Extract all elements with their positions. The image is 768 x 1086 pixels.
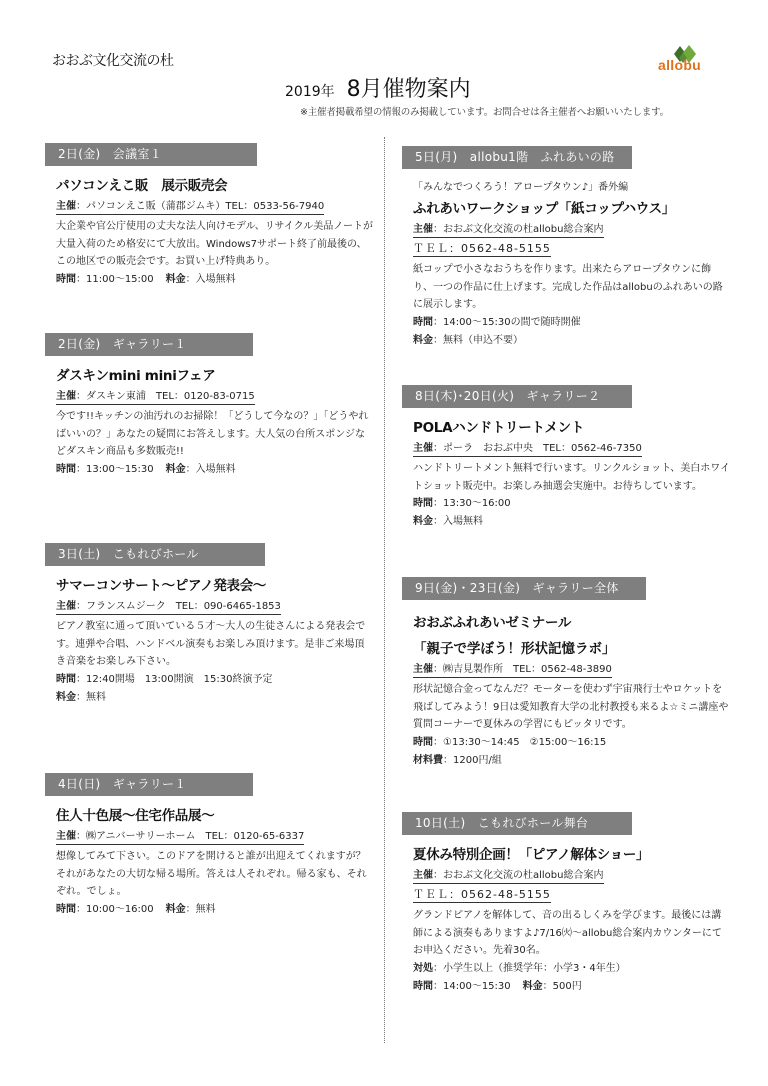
event-description: 紙コップで小さなおうちを作ります。出来たらアロープタウンに飾り、一つの作品に仕上… [413,261,731,314]
event-card: 5日(月) allobu1階 ふれあいの路 「みんなでつくろう！アロープタウン♪… [402,146,732,350]
event-card: 4日(日) ギャラリー１ 住人十色展～住宅作品展～ 主催：㈱アニバーサリーホーム… [45,773,375,919]
column-divider [384,137,385,1043]
event-subtitle: 「みんなでつくろう！アロープタウン♪」番外編 [413,178,732,193]
event-time: 時間：①13:30～14:45 ②15:00～16:15 [413,734,732,752]
event-time: 時間：12:40開場 13:00開演 15:30終演予定 [56,671,375,689]
title-year: 2019年 [285,84,335,100]
event-host: 主催：パソコンえこ販（蒲郡ジムキ）TEL：0533-56-7940 [56,199,324,215]
event-title: POLAハンドトリートメント [413,416,732,436]
event-date-venue-bar: 3日(土) こもれびホール [45,543,265,566]
page-title: 2019年8月催物案内 [285,72,471,103]
event-title: 住人十色展～住宅作品展～ [56,804,375,824]
title-main: 8月催物案内 [347,77,471,102]
allobu-logo: allobu [658,44,718,78]
event-description: ハンドトリートメント無料で行います。リンクルショット、美白ホワイトショット販売中… [413,460,731,495]
event-host: 主催：ポーラ おおぶ中央 TEL：0562-46-7350 [413,441,642,457]
event-description: 想像してみて下さい。このドアを開けると誰が出迎えてくれますが？それがあなたの大切… [56,848,374,901]
event-target: 対処：小学生以上（推奨学年：小学3・4年生） [413,960,732,978]
event-fee: 料金：入場無料 [413,513,732,531]
event-tel: ＴＥＬ：0562-48-5155 [413,241,551,257]
event-description: グランドピアノを解体して、音の出るしくみを学びます。最後には講師による演奏もあり… [413,907,731,960]
event-card: 3日(土) こもれびホール サマーコンサート～ピアノ発表会～ 主催：フランスムジ… [45,543,375,707]
event-date-venue-bar: 4日(日) ギャラリー１ [45,773,253,796]
event-date-venue-bar: 8日(木)･20日(火) ギャラリー２ [402,385,632,408]
logo-text: allobu [658,57,701,73]
event-title: 夏休み特別企画！「ピアノ解体ショー」 [413,843,732,863]
event-description: ピアノ教室に通って頂いている５才～大人の生徒さんによる発表会です。連弾や合唱、ハ… [56,618,374,671]
event-description: 今です!!キッチンの油汚れのお掃除！「どうして今なの？」「どうやればいいの？」あ… [56,408,374,461]
event-card: 2日(金) ギャラリー１ ダスキンmini miniフェア 主催：ダスキン東浦 … [45,333,375,479]
event-title: パソコンえこ販 展示販売会 [56,174,375,194]
event-fee: 料金：無料（申込不要） [413,332,732,350]
event-material-fee: 材料費：1200円/組 [413,752,732,770]
event-card: 2日(金) 会議室１ パソコンえこ販 展示販売会 主催：パソコンえこ販（蒲郡ジム… [45,143,375,289]
event-time-fee: 時間：14:00～15:30料金：500円 [413,978,732,996]
event-host: 主催：おおぶ文化交流の杜allobu総合案内 [413,868,604,884]
event-host: 主催：㈱吉見製作所 TEL：0562-48-3890 [413,662,612,678]
event-title-line2: 「親子で学ぼう！形状記憶ラボ」 [413,637,732,657]
organization-name: おおぶ文化交流の杜 [52,50,174,70]
event-host: 主催：フランスムジーク TEL：090-6465-1853 [56,599,281,615]
event-time: 時間：14:00～15:30の間で随時開催 [413,314,732,332]
event-date-venue-bar: 2日(金) ギャラリー１ [45,333,253,356]
event-card: 9日(金)・23日(金) ギャラリー全体 おおぶふれあいゼミナール 「親子で学ぼ… [402,577,732,770]
event-tel: ＴＥＬ：0562-48-5155 [413,887,551,903]
event-title: ふれあいワークショップ「紙コップハウス」 [413,197,732,217]
event-date-venue-bar: 2日(金) 会議室１ [45,143,257,166]
event-description: 形状記憶合金ってなんだ？モーターを使わず宇宙飛行士やロケットを飛ばしてみよう！9… [413,681,731,734]
event-host: 主催：おおぶ文化交流の杜allobu総合案内 [413,222,604,238]
event-host: 主催：㈱アニバーサリーホーム TEL：0120-65-6337 [56,829,304,845]
event-host: 主催：ダスキン東浦 TEL：0120-83-0715 [56,389,255,405]
event-fee: 料金：無料 [56,689,375,707]
event-date-venue-bar: 9日(金)・23日(金) ギャラリー全体 [402,577,646,600]
event-card: 10日(土) こもれびホール舞台 夏休み特別企画！「ピアノ解体ショー」 主催：お… [402,812,732,996]
event-time-fee: 時間：11:00～15:00料金：入場無料 [56,271,375,289]
event-title: サマーコンサート～ピアノ発表会～ [56,574,375,594]
event-title: おおぶふれあいゼミナール [413,611,732,631]
event-time: 時間：13:30～16:00 [413,495,732,513]
event-date-venue-bar: 5日(月) allobu1階 ふれあいの路 [402,146,632,169]
event-card: 8日(木)･20日(火) ギャラリー２ POLAハンドトリートメント 主催：ポー… [402,385,732,531]
event-description: 大企業や官公庁使用の丈夫な法人向けモデル、リサイクル美品ノートが大量入荷のため格… [56,218,374,271]
event-title: ダスキンmini miniフェア [56,364,375,384]
notice-text: ※主催者掲載希望の情報のみ掲載しています。お問合せは各主催者へお願いいたします。 [300,104,669,118]
event-time-fee: 時間：10:00～16:00料金：無料 [56,901,375,919]
event-time-fee: 時間：13:00～15:30料金：入場無料 [56,461,375,479]
event-date-venue-bar: 10日(土) こもれびホール舞台 [402,812,632,835]
